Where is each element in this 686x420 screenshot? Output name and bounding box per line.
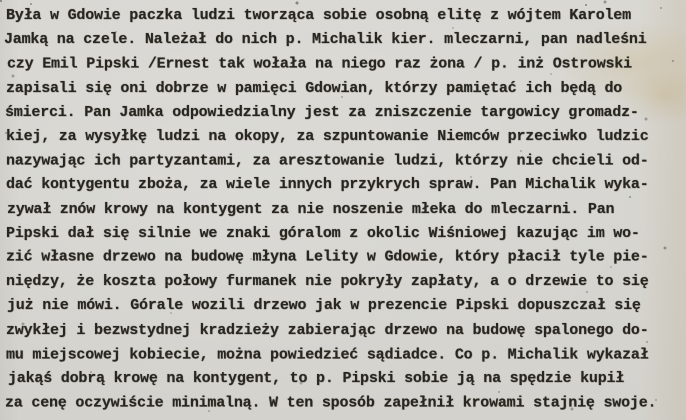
text-line: czy Emil Pipski /Ernest tak wołała na ni… (7, 53, 683, 77)
text-line: mu miejscowej kobiecie, można powiedzieć… (6, 343, 682, 367)
text-line: zić własne drzewo na budowę młyna Lelity… (6, 246, 682, 270)
text-line: zwykłej i bezwstydnej kradzieży zabieraj… (6, 319, 682, 343)
text-line: Jamką na czele. Należał do nich p. Micha… (4, 28, 680, 52)
text-line: już nie mówi. Górale wozili drzewo jak w… (7, 294, 683, 318)
text-line: śmierci. Pan Jamka odpowiedzialny jest z… (5, 101, 681, 125)
text-line: za cenę oczywiście minimalną. W ten spos… (5, 392, 681, 416)
text-line: jakąś dobrą krowę na kontygent, to p. Pi… (8, 367, 684, 391)
text-line: zywał znów krowy na kontygent za nie nos… (7, 198, 683, 222)
paragraph: Była w Gdowie paczka ludzi tworząca sobi… (6, 4, 682, 415)
text-line: Była w Gdowie paczka ludzi tworząca sobi… (6, 4, 682, 28)
text-line: niędzy, że koszta połowy furmanek nie po… (6, 270, 682, 294)
text-line: dać kontygentu zboża, za wiele innych pr… (6, 173, 682, 197)
document-page: Była w Gdowie paczka ludzi tworząca sobi… (0, 0, 686, 420)
scan-noise-specks (0, 0, 2, 2)
text-line: zapisali się oni dobrze w pamięci Gdowia… (6, 77, 682, 101)
text-line: nazywając ich partyzantami, za aresztowa… (6, 150, 682, 174)
text-line: Pipski dał się silnie we znaki góralom z… (6, 222, 682, 246)
text-line: kiej, za wysyłkę ludzi na okopy, za szpu… (6, 125, 682, 149)
